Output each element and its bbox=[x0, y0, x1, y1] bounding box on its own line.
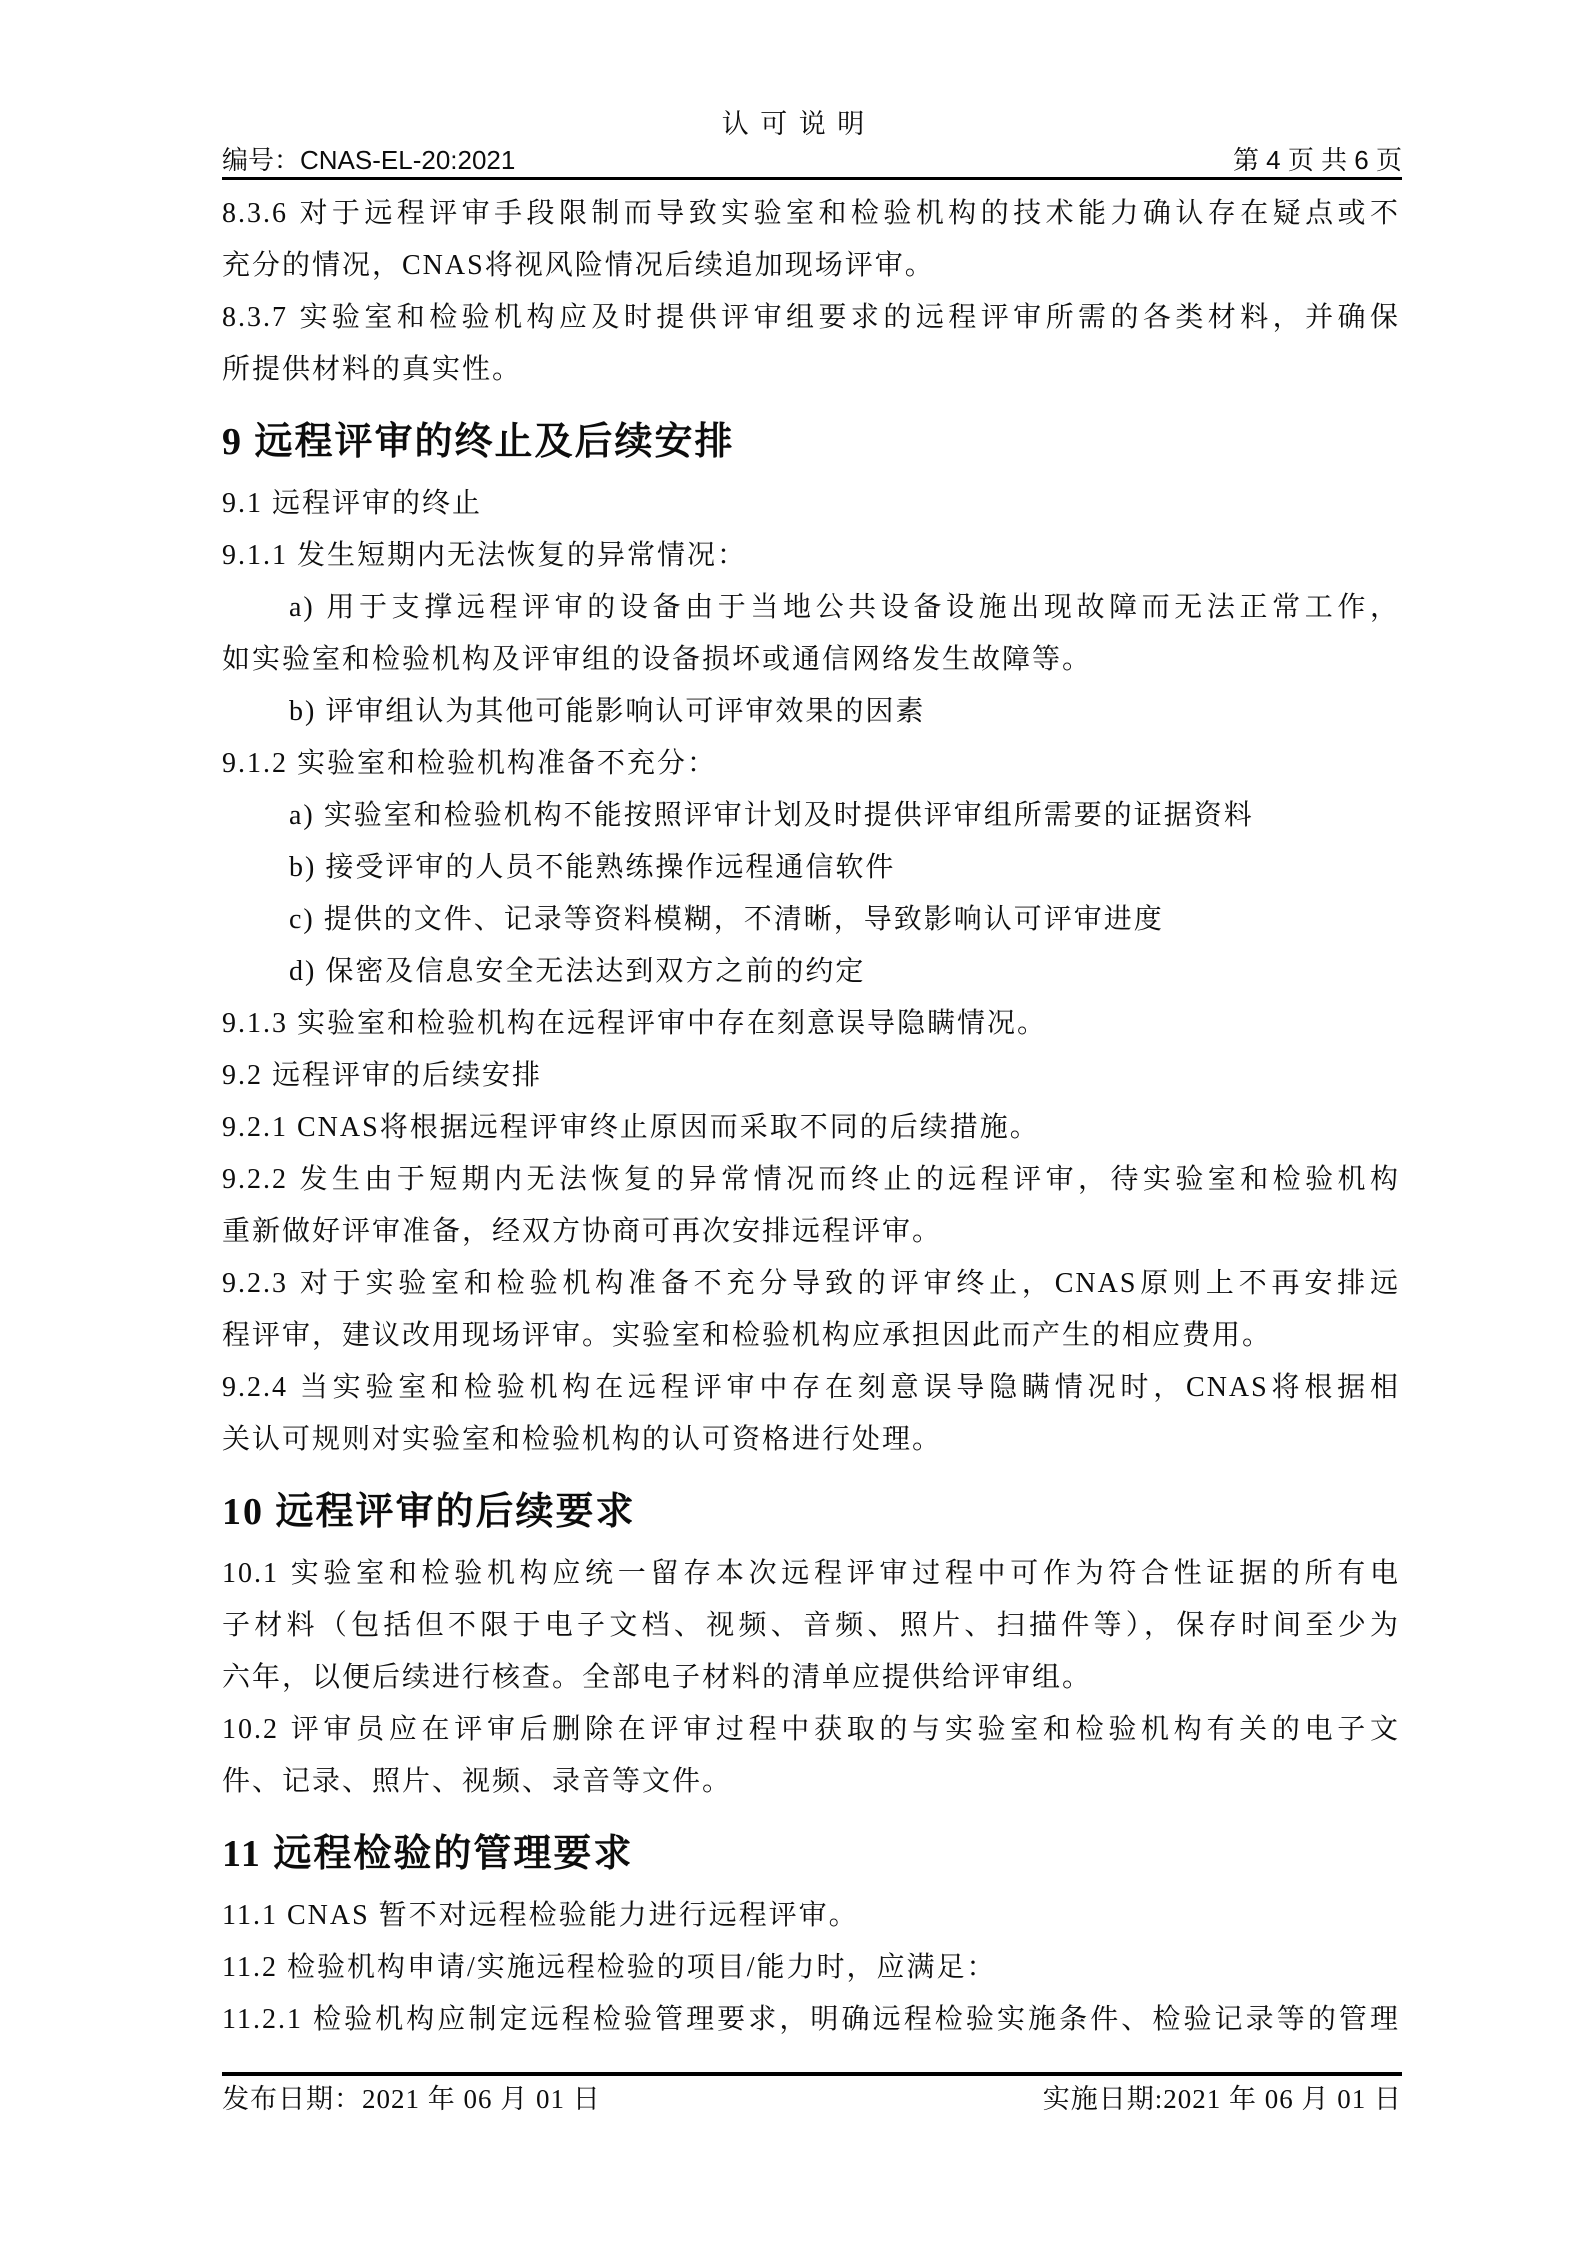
page-footer: 发布日期：2021 年 06 月 01 日 实施日期:2021 年 06 月 0… bbox=[222, 2082, 1402, 2116]
body-line: 11.2 检验机构申请/实施远程检验的项目/能力时，应满足： bbox=[222, 1942, 1400, 1994]
section-heading: 9 远程评审的终止及后续安排 bbox=[222, 412, 1400, 472]
body-line: 件、记录、照片、视频、录音等文件。 bbox=[222, 1756, 1400, 1808]
section-heading: 10 远程评审的后续要求 bbox=[222, 1482, 1400, 1542]
body-line: 充分的情况，CNAS将视风险情况后续追加现场评审。 bbox=[222, 240, 1400, 292]
body-line: 重新做好评审准备，经双方协商可再次安排远程评审。 bbox=[222, 1206, 1400, 1258]
document-page: 认 可 说 明 编号：CNAS-EL-20:2021 第 4 页 共 6 页 8… bbox=[0, 0, 1588, 2245]
body-line: a) 实验室和检验机构不能按照评审计划及时提供评审组所需要的证据资料 bbox=[222, 790, 1400, 842]
body-line: 9.1 远程评审的终止 bbox=[222, 478, 1400, 530]
body-line: 10.1 实验室和检验机构应统一留存本次远程评审过程中可作为符合性证据的所有电 bbox=[222, 1548, 1400, 1600]
page-header-title: 认 可 说 明 bbox=[0, 108, 1588, 140]
body-line: d) 保密及信息安全无法达到双方之前的约定 bbox=[222, 946, 1400, 998]
body-line: b) 评审组认为其他可能影响认可评审效果的因素 bbox=[222, 686, 1400, 738]
body-line: 11.2.1 检验机构应制定远程检验管理要求，明确远程检验实施条件、检验记录等的… bbox=[222, 1994, 1400, 2046]
doc-number: 编号：CNAS-EL-20:2021 bbox=[222, 144, 515, 176]
implementation-date: 实施日期:2021 年 06 月 01 日 bbox=[1043, 2082, 1402, 2116]
body-line: 9.1.2 实验室和检验机构准备不充分： bbox=[222, 738, 1400, 790]
body-line: 9.2.3 对于实验室和检验机构准备不充分导致的评审终止，CNAS原则上不再安排… bbox=[222, 1258, 1400, 1310]
body-line: 9.2 远程评审的后续安排 bbox=[222, 1050, 1400, 1102]
document-body: 8.3.6 对于远程评审手段限制而导致实验室和检验机构的技术能力确认存在疑点或不… bbox=[222, 188, 1400, 2046]
header-divider bbox=[222, 177, 1402, 180]
body-line: 如实验室和检验机构及评审组的设备损坏或通信网络发生故障等。 bbox=[222, 634, 1400, 686]
body-line: 所提供材料的真实性。 bbox=[222, 344, 1400, 396]
body-line: 9.2.4 当实验室和检验机构在远程评审中存在刻意误导隐瞒情况时，CNAS将根据… bbox=[222, 1362, 1400, 1414]
section-heading: 11 远程检验的管理要求 bbox=[222, 1824, 1400, 1884]
body-line: 关认可规则对实验室和检验机构的认可资格进行处理。 bbox=[222, 1414, 1400, 1466]
issue-date: 发布日期：2021 年 06 月 01 日 bbox=[222, 2082, 601, 2116]
body-line: b) 接受评审的人员不能熟练操作远程通信软件 bbox=[222, 842, 1400, 894]
body-line: 10.2 评审员应在评审后删除在评审过程中获取的与实验室和检验机构有关的电子文 bbox=[222, 1704, 1400, 1756]
body-line: 9.1.1 发生短期内无法恢复的异常情况： bbox=[222, 530, 1400, 582]
body-line: 子材料（包括但不限于电子文档、视频、音频、照片、扫描件等），保存时间至少为 bbox=[222, 1600, 1400, 1652]
body-line: 程评审，建议改用现场评审。实验室和检验机构应承担因此而产生的相应费用。 bbox=[222, 1310, 1400, 1362]
body-line: 六年，以便后续进行核查。全部电子材料的清单应提供给评审组。 bbox=[222, 1652, 1400, 1704]
body-line: 11.1 CNAS 暂不对远程检验能力进行远程评审。 bbox=[222, 1890, 1400, 1942]
body-line: 9.2.2 发生由于短期内无法恢复的异常情况而终止的远程评审，待实验室和检验机构 bbox=[222, 1154, 1400, 1206]
body-line: 9.1.3 实验室和检验机构在远程评审中存在刻意误导隐瞒情况。 bbox=[222, 998, 1400, 1050]
body-line: 8.3.7 实验室和检验机构应及时提供评审组要求的远程评审所需的各类材料，并确保 bbox=[222, 292, 1400, 344]
body-line: c) 提供的文件、记录等资料模糊，不清晰，导致影响认可评审进度 bbox=[222, 894, 1400, 946]
page-number: 第 4 页 共 6 页 bbox=[1233, 144, 1402, 176]
body-line: 9.2.1 CNAS将根据远程评审终止原因而采取不同的后续措施。 bbox=[222, 1102, 1400, 1154]
page-header-meta: 编号：CNAS-EL-20:2021 第 4 页 共 6 页 bbox=[222, 144, 1402, 176]
footer-divider bbox=[222, 2072, 1402, 2076]
body-line: 8.3.6 对于远程评审手段限制而导致实验室和检验机构的技术能力确认存在疑点或不 bbox=[222, 188, 1400, 240]
body-line: a) 用于支撑远程评审的设备由于当地公共设备设施出现故障而无法正常工作， bbox=[222, 582, 1400, 634]
